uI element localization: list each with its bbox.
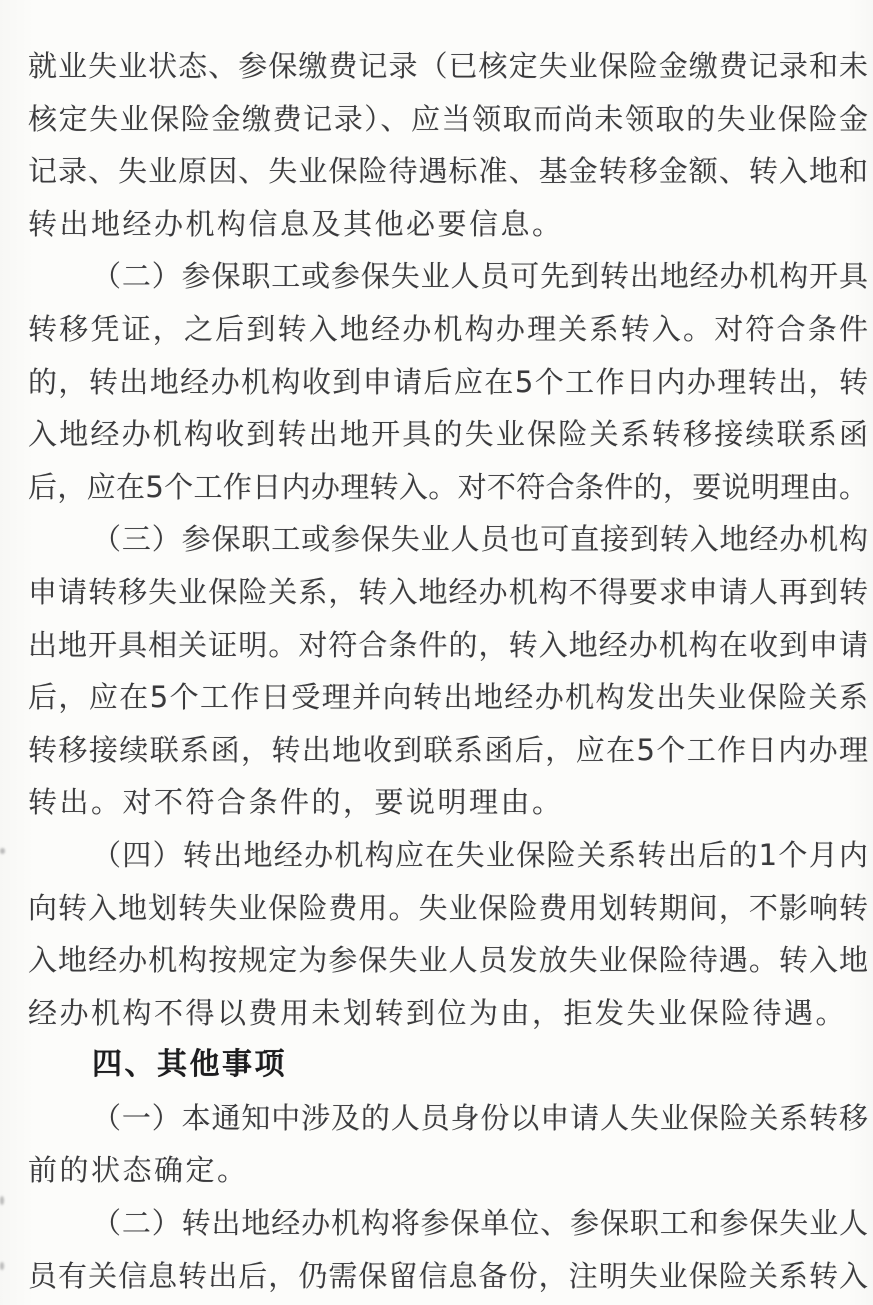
- text-line: 后，应在5个工作日受理并向转出地经办机构发出失业保险关系: [28, 671, 868, 724]
- text-line: 就业失业状态、参保缴费记录（已核定失业保险金缴费记录和未: [28, 40, 868, 93]
- text-line: 经办机构不得以费用未划转到位为由，拒发失业保险待遇。: [28, 987, 868, 1040]
- scan-speck: [0, 1262, 4, 1270]
- text-line: （三）参保职工或参保失业人员也可直接到转入地经办机构: [28, 513, 868, 566]
- text-line: 核定失业保险金缴费记录）、应当领取而尚未领取的失业保险金: [28, 93, 868, 146]
- section-heading: 四、其他事项: [28, 1039, 868, 1092]
- text-line: 转移凭证，之后到转入地经办机构办理关系转入。对符合条件: [28, 303, 868, 356]
- text-line: 记录、失业原因、失业保险待遇标准、基金转移金额、转入地和: [28, 145, 868, 198]
- text-line: 的，转出地经办机构收到申请后应在5个工作日内办理转出，转: [28, 356, 868, 409]
- text-line: （二）转出地经办机构将参保单位、参保职工和参保失业人: [28, 1197, 868, 1250]
- scan-speck: [0, 848, 5, 854]
- scan-speck: [0, 1196, 4, 1205]
- text-line: 入地经办机构按规定为参保失业人员发放失业保险待遇。转入地: [28, 934, 868, 987]
- text-line: 申请转移失业保险关系，转入地经办机构不得要求申请人再到转: [28, 566, 868, 619]
- text-line: 入地经办机构收到转出地开具的失业保险关系转移接续联系函: [28, 408, 868, 461]
- text-line: （二）参保职工或参保失业人员可先到转出地经办机构开具: [28, 250, 868, 303]
- text-line: 前的状态确定。: [28, 1144, 868, 1197]
- text-line: 转出地经办机构信息及其他必要信息。: [28, 198, 868, 251]
- document-page: 就业失业状态、参保缴费记录（已核定失业保险金缴费记录和未 核定失业保险金缴费记录…: [0, 0, 873, 1305]
- text-line: 后，应在5个工作日内办理转入。对不符合条件的，要说明理由。: [28, 461, 868, 514]
- text-line: 转出。对不符合条件的，要说明理由。: [28, 776, 868, 829]
- text-line: 员有关信息转出后，仍需保留信息备份，注明失业保险关系转入: [28, 1250, 868, 1303]
- text-line: 出地开具相关证明。对符合条件的，转入地经办机构在收到申请: [28, 619, 868, 672]
- text-line: 转移接续联系函，转出地收到联系函后，应在5个工作日内办理: [28, 724, 868, 777]
- text-line: （四）转出地经办机构应在失业保险关系转出后的1个月内: [28, 829, 868, 882]
- text-line: （一）本通知中涉及的人员身份以申请人失业保险关系转移: [28, 1092, 868, 1145]
- text-line: 向转入地划转失业保险费用。失业保险费用划转期间，不影响转: [28, 882, 868, 935]
